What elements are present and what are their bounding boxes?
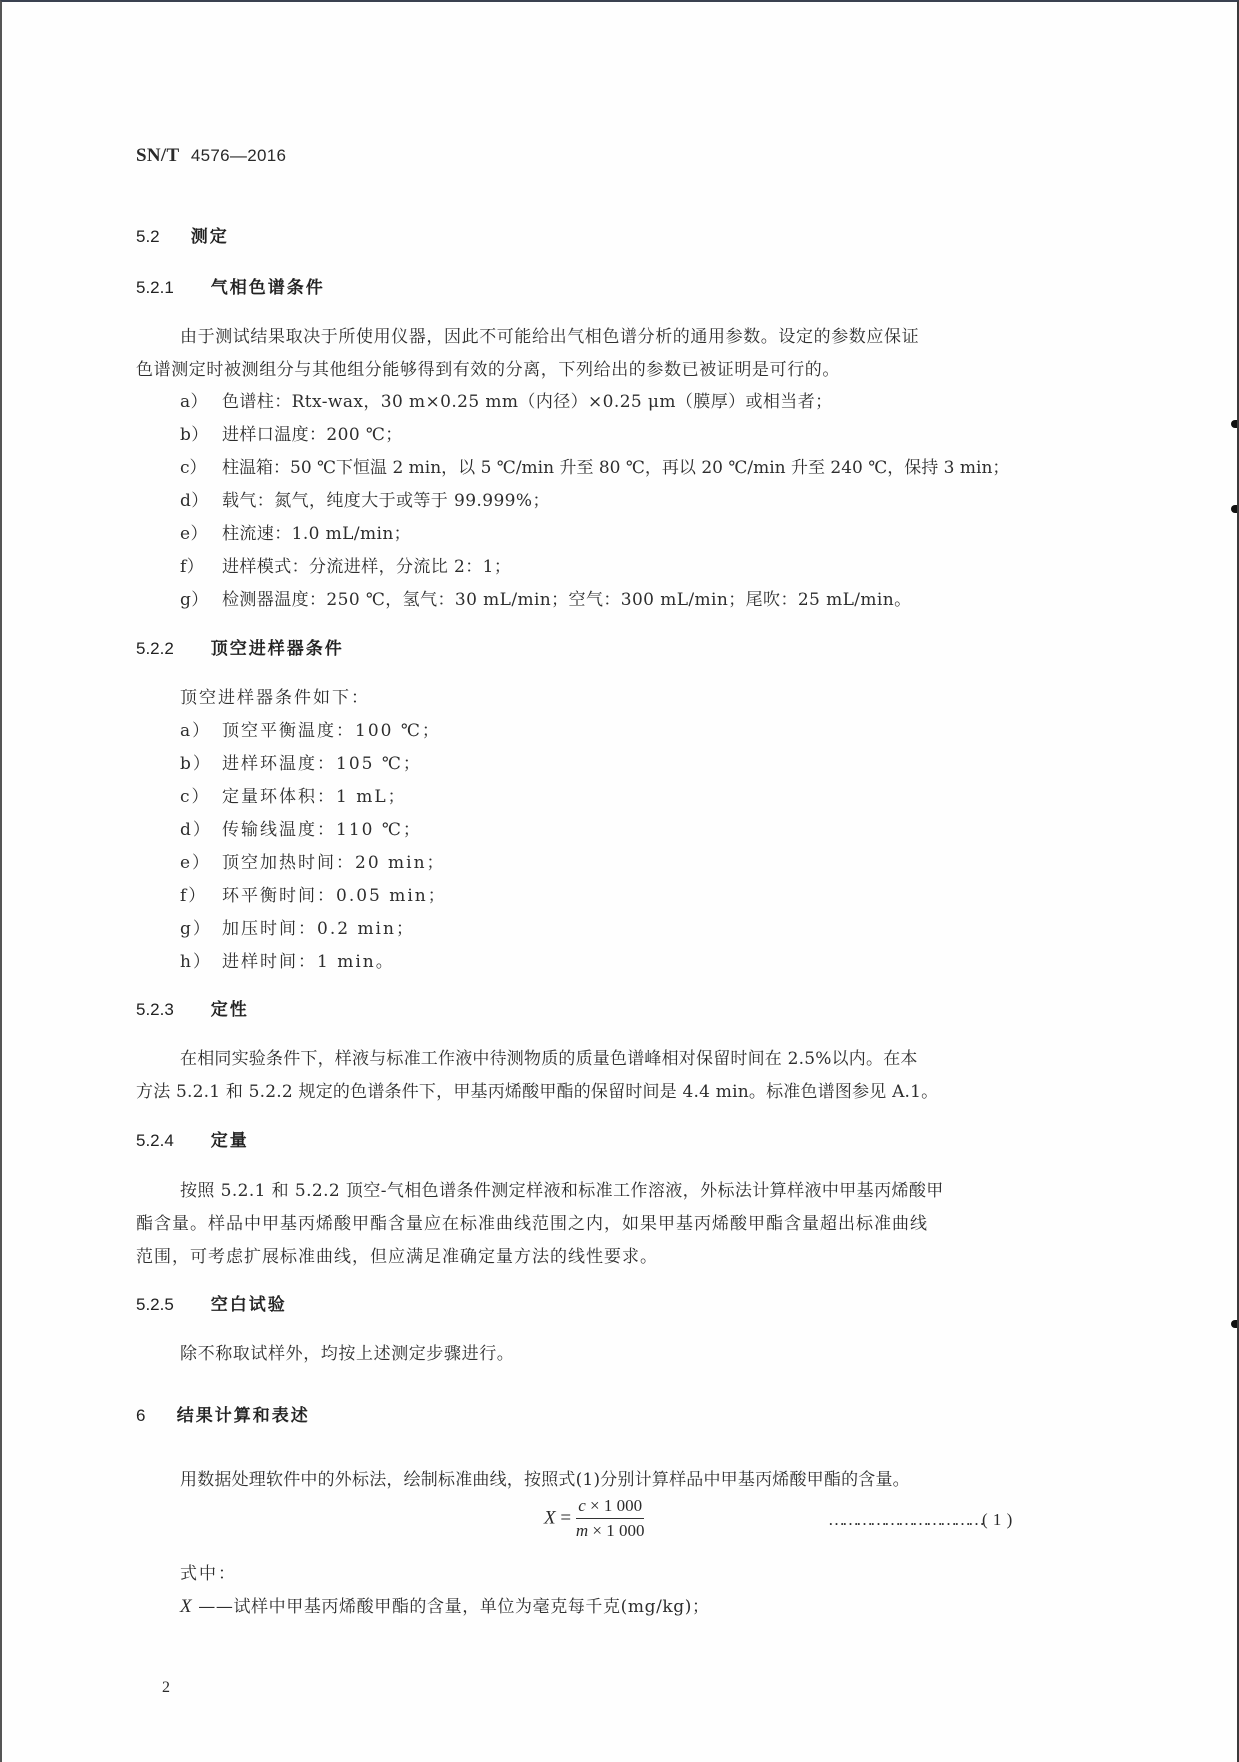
formula-lhs: X <box>544 1508 556 1529</box>
formula-equals: = <box>560 1508 571 1529</box>
list-item-label: d） <box>180 815 222 840</box>
list-item-label: h） <box>180 947 222 972</box>
section-title: 顶空进样器条件 <box>211 639 344 658</box>
list-item: e）顶空加热时间：20 min； <box>180 848 446 873</box>
paragraph-line: 顶空进样器条件如下： <box>180 683 370 708</box>
scan-edge-mark <box>1231 1320 1237 1328</box>
formula-denominator-rest: × 1 000 <box>588 1521 644 1540</box>
section-number: 5.2.5 <box>136 1295 206 1315</box>
list-item-label: e） <box>180 519 222 544</box>
list-item-text: 定量环体积：1 mL； <box>222 787 407 807</box>
list-item: h）进样时间：1 min。 <box>180 947 395 972</box>
section-title: 结果计算和表述 <box>177 1406 310 1425</box>
section-number: 5.2.2 <box>136 639 206 659</box>
list-item-text: 进样环温度：105 ℃； <box>222 754 422 774</box>
list-item-label: g） <box>180 914 222 939</box>
paragraph-line: 除不称取试样外，均按上述测定步骤进行。 <box>180 1339 514 1364</box>
list-item-text: 顶空平衡温度：100 ℃； <box>222 721 441 741</box>
list-item: d）传输线温度：110 ℃； <box>180 815 422 840</box>
list-item-text: 顶空加热时间：20 min； <box>222 853 446 873</box>
list-item-label: a） <box>180 387 222 412</box>
paragraph-line: 范围，可考虑扩展标准曲线，但应满足准确定量方法的线性要求。 <box>136 1242 658 1267</box>
list-item-text: 传输线温度：110 ℃； <box>222 820 422 840</box>
formula-fraction: c × 1 000 m × 1 000 <box>576 1496 645 1541</box>
formula-numerator-rest: × 1 000 <box>586 1496 642 1515</box>
formula-numerator: c × 1 000 <box>576 1496 645 1519</box>
standard-number: 4576—2016 <box>191 146 286 165</box>
list-item: e）柱流速：1.0 mL/min； <box>180 519 411 544</box>
list-item-text: 进样时间：1 min。 <box>222 952 395 972</box>
list-item-text: 加压时间：0.2 min； <box>222 919 415 939</box>
section-number: 5.2.4 <box>136 1131 206 1151</box>
variable-symbol: X <box>180 1596 192 1617</box>
formula-denominator: m × 1 000 <box>576 1519 645 1541</box>
variable-dash: —— <box>192 1597 233 1617</box>
formula-1: X = c × 1 000 m × 1 000 <box>544 1496 644 1541</box>
paragraph-line: 按照 5.2.1 和 5.2.2 顶空-气相色谱条件测定样液和标准工作溶液，外标… <box>180 1176 944 1201</box>
list-item-text: 载气：氮气，纯度大于或等于 99.999%； <box>222 491 550 511</box>
list-item: g）加压时间：0.2 min； <box>180 914 415 939</box>
equation-leader: …………………………… <box>828 1510 982 1529</box>
list-item: c）柱温箱：50 ℃下恒温 2 min，以 5 ℃/min 升至 80 ℃，再以… <box>180 453 1009 478</box>
list-item-text: 柱温箱：50 ℃下恒温 2 min，以 5 ℃/min 升至 80 ℃，再以 2… <box>222 458 1009 478</box>
section-number: 5.2.3 <box>136 1000 206 1020</box>
section-heading-5-2-4: 5.2.4 定量 <box>136 1126 249 1151</box>
section-heading-5-2-1: 5.2.1 气相色谱条件 <box>136 273 325 298</box>
list-item-label: f） <box>180 881 222 906</box>
section-title: 定量 <box>211 1131 249 1150</box>
section-number: 5.2.1 <box>136 278 206 298</box>
scan-edge-mark <box>1231 505 1237 513</box>
list-item-label: g） <box>180 585 222 610</box>
section-heading-5-2-2: 5.2.2 顶空进样器条件 <box>136 634 344 659</box>
list-item: f）进样模式：分流进样，分流比 2：1； <box>180 552 511 577</box>
list-item-text: 进样模式：分流进样，分流比 2：1； <box>222 557 511 577</box>
list-item-label: d） <box>180 486 222 511</box>
list-item-text: 柱流速：1.0 mL/min； <box>222 524 411 544</box>
paragraph-line: 色谱测定时被测组分与其他组分能够得到有效的分离，下列给出的参数已被证明是可行的。 <box>136 355 840 380</box>
list-item: g）检测器温度：250 ℃，氢气：30 mL/min；空气：300 mL/min… <box>180 585 912 610</box>
standard-prefix: SN/T <box>136 145 179 166</box>
formula-var-c: c <box>578 1496 586 1515</box>
paragraph-line: 由于测试结果取决于所使用仪器，因此不可能给出气相色谱分析的通用参数。设定的参数应… <box>180 322 919 347</box>
equation-number: ……………………………( 1 ) <box>828 1510 1013 1530</box>
list-item: c）定量环体积：1 mL； <box>180 782 407 807</box>
scan-edge-mark <box>1231 420 1237 428</box>
where-label: 式中： <box>180 1559 237 1584</box>
section-title: 测定 <box>191 227 229 246</box>
section-number: 6 <box>136 1406 172 1426</box>
list-item-label: b） <box>180 749 222 774</box>
variable-definition: X ——试样中甲基丙烯酸甲酯的含量，单位为毫克每千克(mg/kg)； <box>180 1592 710 1618</box>
paragraph-line: 方法 5.2.1 和 5.2.2 规定的色谱条件下，甲基丙烯酸甲酯的保留时间是 … <box>136 1077 938 1102</box>
paragraph-line: 用数据处理软件中的外标法，绘制标准曲线，按照式(1)分别计算样品中甲基丙烯酸甲酯… <box>180 1465 910 1490</box>
list-item: a）色谱柱：Rtx-wax，30 m×0.25 mm（内径）×0.25 μm（膜… <box>180 387 833 412</box>
section-heading-5-2-3: 5.2.3 定性 <box>136 995 249 1020</box>
list-item-label: c） <box>180 453 222 478</box>
list-item: a）顶空平衡温度：100 ℃； <box>180 716 441 741</box>
list-item-label: e） <box>180 848 222 873</box>
document-page: SN/T 4576—2016 5.2 测定 5.2.1 气相色谱条件 由于测试结… <box>0 0 1239 1762</box>
paragraph-line: 在相同实验条件下，样液与标准工作液中待测物质的质量色谱峰相对保留时间在 2.5%… <box>180 1044 918 1069</box>
section-title: 空白试验 <box>211 1295 287 1314</box>
list-item-label: b） <box>180 420 222 445</box>
list-item-text: 进样口温度：200 ℃； <box>222 425 403 445</box>
list-item: b）进样口温度：200 ℃； <box>180 420 403 445</box>
list-item: d）载气：氮气，纯度大于或等于 99.999%； <box>180 486 550 511</box>
list-item-label: c） <box>180 782 222 807</box>
page-number: 2 <box>162 1679 170 1697</box>
list-item-label: f） <box>180 552 222 577</box>
standard-code: SN/T 4576—2016 <box>136 145 286 167</box>
list-item: b）进样环温度：105 ℃； <box>180 749 422 774</box>
section-title: 气相色谱条件 <box>211 278 325 297</box>
section-heading-6: 6 结果计算和表述 <box>136 1401 310 1426</box>
list-item-text: 环平衡时间：0.05 min； <box>222 886 447 906</box>
list-item-text: 色谱柱：Rtx-wax，30 m×0.25 mm（内径）×0.25 μm（膜厚）… <box>222 392 833 412</box>
list-item-text: 检测器温度：250 ℃，氢气：30 mL/min；空气：300 mL/min；尾… <box>222 590 912 610</box>
section-title: 定性 <box>211 1000 249 1019</box>
formula-var-m: m <box>576 1521 588 1540</box>
variable-description: 试样中甲基丙烯酸甲酯的含量，单位为毫克每千克(mg/kg)； <box>233 1597 709 1617</box>
section-heading-5-2: 5.2 测定 <box>136 222 229 247</box>
list-item: f）环平衡时间：0.05 min； <box>180 881 447 906</box>
section-number: 5.2 <box>136 227 186 247</box>
paragraph-line: 酯含量。样品中甲基丙烯酸甲酯含量应在标准曲线范围之内，如果甲基丙烯酸甲酯含量超出… <box>136 1209 928 1234</box>
equation-label: ( 1 ) <box>982 1510 1013 1529</box>
list-item-label: a） <box>180 716 222 741</box>
section-heading-5-2-5: 5.2.5 空白试验 <box>136 1290 287 1315</box>
